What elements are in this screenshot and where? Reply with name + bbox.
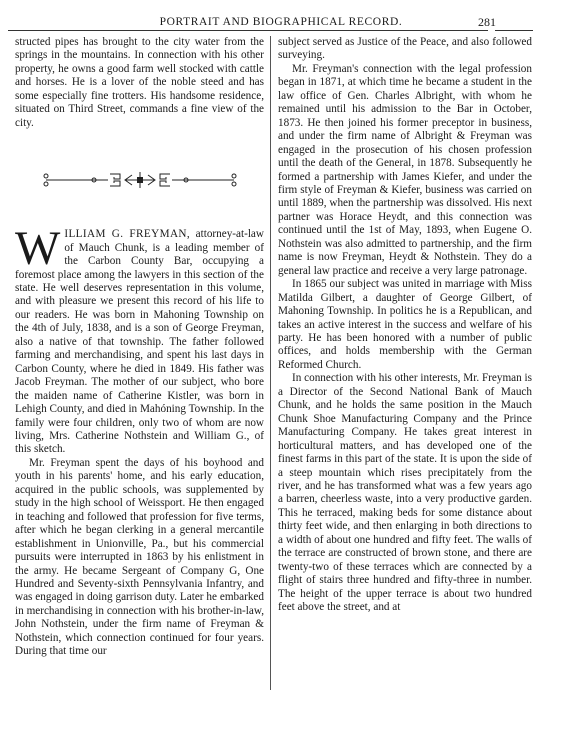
paragraph: WILLIAM G. FREYMAN, attorney-at-law of M… — [15, 228, 264, 457]
paragraph: subject served as Justice of the Peace, … — [278, 36, 532, 63]
biography-opening: WILLIAM G. FREYMAN, attorney-at-law of M… — [15, 228, 264, 457]
ornament-icon — [40, 171, 240, 189]
paragraph: Mr. Freyman's connection with the legal … — [278, 63, 532, 278]
paragraph: Mr. Freyman spent the days of his boyhoo… — [15, 457, 264, 659]
page-header: PORTRAIT AND BIOGRAPHICAL RECORD. 281 — [0, 0, 562, 30]
ornament-divider — [15, 150, 264, 210]
subject-name: ILLIAM G. FREYMAN, — [64, 228, 190, 240]
left-column: structed pipes has brought to the city w… — [15, 36, 264, 659]
right-column: subject served as Justice of the Peace, … — [278, 36, 532, 614]
paragraph: structed pipes has brought to the city w… — [15, 36, 264, 130]
drop-cap: W — [15, 230, 60, 268]
header-rule-right — [495, 30, 533, 31]
paragraph: In 1865 our subject was united in marria… — [278, 278, 532, 372]
paragraph: In connection with his other interests, … — [278, 372, 532, 614]
column-divider — [270, 36, 271, 690]
header-rule — [8, 30, 488, 31]
page-number: 281 — [478, 15, 496, 30]
